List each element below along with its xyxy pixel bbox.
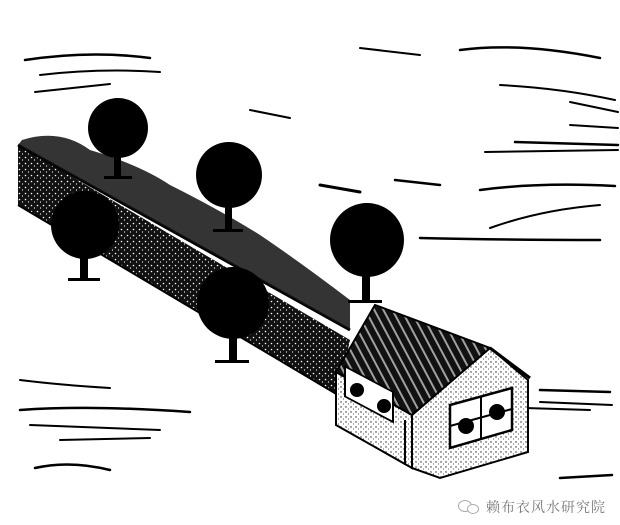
trees xyxy=(51,98,404,363)
tree-front-left xyxy=(51,191,119,281)
illustration-scene xyxy=(0,0,620,525)
tree-back-right xyxy=(330,203,404,303)
watermark: 赖布衣风水研究院 xyxy=(458,497,606,517)
watermark-text: 赖布衣风水研究院 xyxy=(486,497,606,517)
long-wall xyxy=(18,136,350,395)
house xyxy=(336,305,530,478)
wechat-icon xyxy=(458,500,480,514)
